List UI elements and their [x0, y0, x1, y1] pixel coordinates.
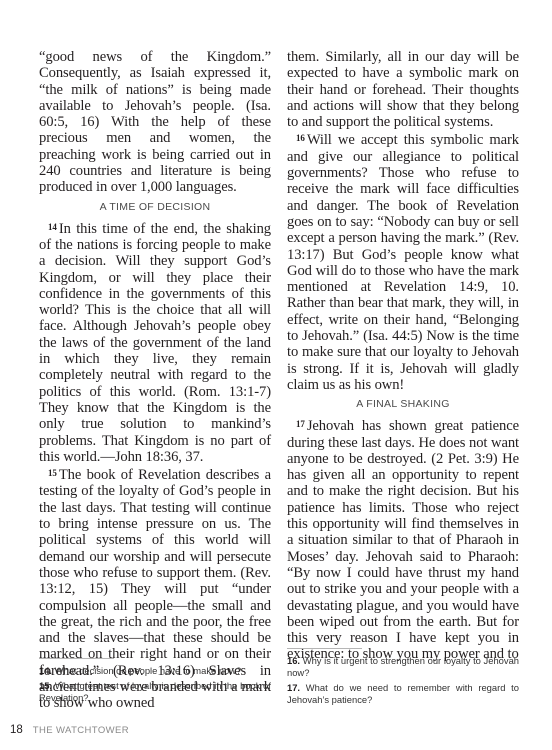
study-question: 15. What great test of loyalty is descri…: [39, 680, 271, 704]
paragraph-text: Jehovah has shown great patience during …: [287, 418, 519, 662]
study-question: 14. What decision do people have to make…: [39, 665, 271, 677]
page-number: 18: [10, 724, 23, 736]
paragraph-number: 17: [296, 419, 305, 429]
subheading-final-shaking: A FINAL SHAKING: [287, 398, 519, 411]
study-question: 16. Why is it urgent to strengthen our l…: [287, 655, 519, 679]
left-column: “good news of the Kingdom.” Consequently…: [39, 49, 271, 712]
footnote-divider: [39, 658, 114, 659]
paragraph-number: 14: [48, 222, 57, 232]
right-study-questions: 16. Why is it urgent to strengthen our l…: [287, 655, 519, 709]
continuation-text: “good news of the Kingdom.” Consequently…: [39, 49, 271, 196]
paragraph-number: 16: [296, 133, 305, 143]
left-study-questions: 14. What decision do people have to make…: [39, 665, 271, 707]
paragraph-16: 16Will we accept this symbolic mark and …: [287, 130, 519, 393]
paragraph-14: 14In this time of the end, the shaking o…: [39, 219, 271, 465]
page-footer: 18 THE WATCHTOWER: [10, 724, 129, 736]
right-column: them. Similarly, all in our day will be …: [287, 49, 519, 663]
publication-title: THE WATCHTOWER: [33, 725, 129, 736]
paragraph-number: 15: [48, 468, 57, 478]
paragraph-text: Will we accept this symbolic mark and gi…: [287, 132, 519, 392]
paragraph-text: In this time of the end, the shaking of …: [39, 221, 271, 465]
subheading-time-of-decision: A TIME OF DECISION: [39, 201, 271, 214]
continuation-text: them. Similarly, all in our day will be …: [287, 49, 519, 130]
study-question: 17. What do we need to remember with reg…: [287, 682, 519, 706]
footnote-divider: [287, 648, 362, 649]
paragraph-17: 17Jehovah has shown great patience durin…: [287, 416, 519, 662]
